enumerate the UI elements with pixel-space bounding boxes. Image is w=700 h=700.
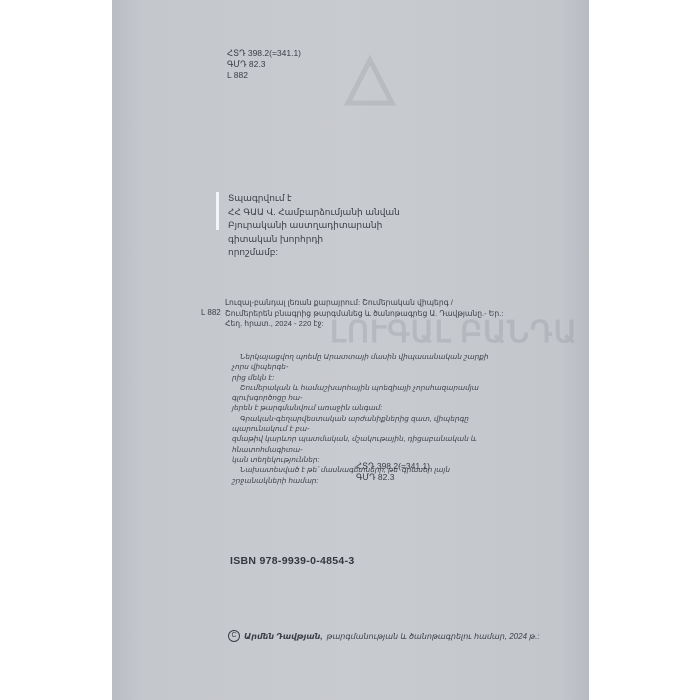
approval-marker [216, 192, 219, 230]
udc-code: ՀՏԴ 398.2(=341.1) [356, 461, 430, 472]
approval-line: որոշմամբ: [228, 246, 400, 260]
udc-code: ՀՏԴ 398.2(=341.1) [227, 48, 301, 59]
approval-line: ՀՀ ԳԱԱ Վ. Համբարձումյանի անվան [228, 206, 400, 220]
annotation-line: զմաթիվ կարևոր պատմական, մշակութային, դից… [232, 434, 502, 455]
copyright-notice: C Արմեն Դավթյան, թարգմանության և ծանոթագ… [228, 630, 540, 642]
copyright-author: Արմեն Դավթյան, [244, 631, 323, 642]
approval-line: գիտական խորհրդի [228, 233, 400, 247]
classification-codes: ՀՏԴ 398.2(=341.1) ԳՄԴ 82.3 L 882 [227, 48, 301, 81]
annotation-line: Ներկայացվող պոեմը Արատտայի մասին վիպասան… [232, 352, 502, 373]
publisher-logo-bleed-icon [340, 55, 400, 115]
bibliographic-code: L 882 [201, 307, 221, 318]
approval-line: Բյուրականի աստղադիտարանի [228, 219, 400, 233]
bibliographic-entry: Լուզալ-բանդալ լեռան քարայրում: Շումերակա… [225, 298, 503, 330]
bib-line: Հեղ. հրատ., 2024 - 220 էջ: [225, 319, 503, 330]
classification-codes-bottom: ՀՏԴ 398.2(=341.1) ԳՄԴ 82.3 [356, 461, 430, 483]
copyright-text: թարգմանության և ծանոթագրելու համար, 2024… [327, 631, 540, 642]
copyright-icon: C [228, 630, 240, 642]
approval-statement: Տպագրվում է ՀՀ ԳԱԱ Վ. Համբարձումյանի անվ… [228, 192, 400, 260]
annotation-line: Շումերական և համաշխարհային պոեզիայի չորս… [232, 383, 502, 404]
bbk-code: ԳՄԴ 82.3 [356, 472, 430, 483]
bib-line: Լուզալ-բանդալ լեռան քարայրում: Շումերակա… [225, 298, 503, 309]
approval-line: Տպագրվում է [228, 192, 400, 206]
bbk-code: ԳՄԴ 82.3 [227, 59, 301, 70]
isbn: ISBN 978-9939-0-4854-3 [230, 556, 355, 567]
annotation-line: Գրական-գեղարվեստական արժանիքներից զատ, վ… [232, 414, 502, 435]
annotation-line: յերեն է թարգմանվում առաջին անգամ: [232, 403, 502, 413]
annotation-line: րից մեկն է: [232, 373, 502, 383]
author-sign: L 882 [227, 70, 301, 81]
bib-line: Շումերերեն բնագրից թարգմանեց և ծանոթագրե… [225, 309, 503, 320]
